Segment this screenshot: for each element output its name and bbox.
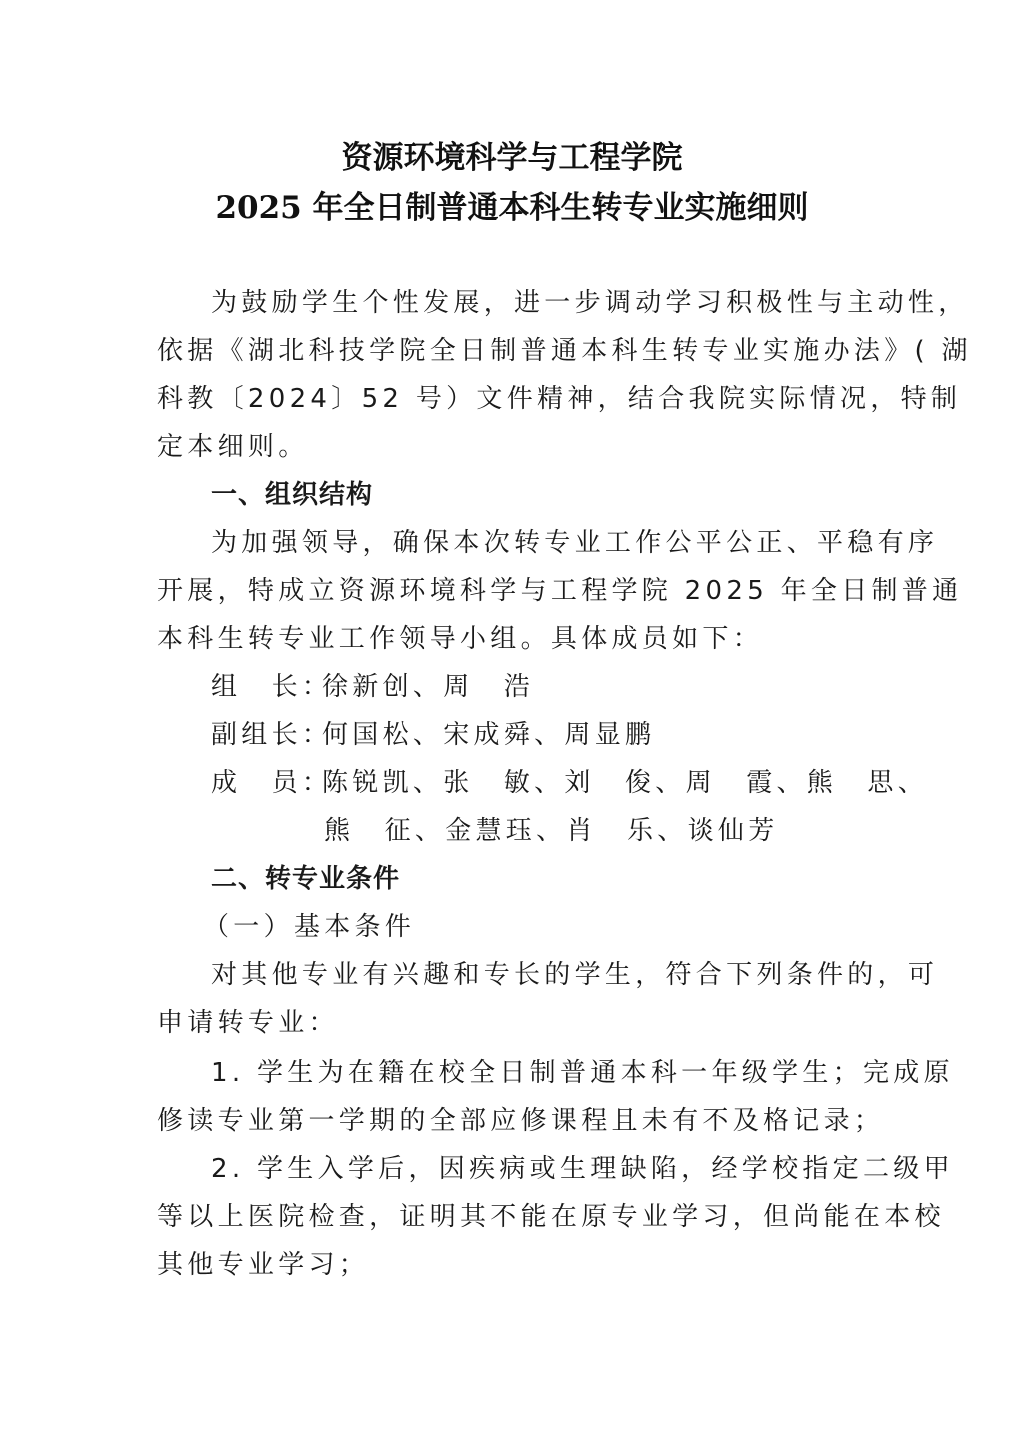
section2-para-line-1: 对其他专业有兴趣和专长的学生，符合下列条件的，可 <box>211 954 931 991</box>
leader-names: 徐新创、周 浩 <box>322 672 534 702</box>
member-names-2: 熊 征、金慧珏、肖 乐、谈仙芳 <box>324 810 1024 847</box>
member-label: 成 员： <box>211 762 322 799</box>
document-title-line1: 资源环境科学与工程学院 <box>0 132 1024 177</box>
intro-line-2: 依据《湖北科技学院全日制普通本科生转专业实施办法》( 湖 <box>157 330 877 367</box>
section1-para-line-2: 开展，特成立资源环境科学与工程学院 2025 年全日制普通 <box>157 570 877 607</box>
document-title-line2: 2025 年全日制普通本科生转专业实施细则 <box>0 182 1024 227</box>
item2-line-1: 2. 学生入学后，因疾病或生理缺陷，经学校指定二级甲 <box>211 1148 931 1185</box>
vice-leader-row: 副组长：何国松、宋成舜、周显鹏 <box>211 714 931 751</box>
section2-para-line-2: 申请转专业： <box>157 1002 877 1039</box>
member-names-1: 陈锐凯、张 敏、刘 俊、周 霞、熊 思、 <box>322 768 928 798</box>
document-page: 资源环境科学与工程学院 2025 年全日制普通本科生转专业实施细则 为鼓励学生个… <box>0 0 1024 1448</box>
section1-para-line-1: 为加强领导，确保本次转专业工作公平公正、平稳有序 <box>211 522 931 559</box>
intro-line-1: 为鼓励学生个性发展，进一步调动学习积极性与主动性， <box>211 282 931 319</box>
leader-row: 组 长：徐新创、周 浩 <box>211 666 931 703</box>
section2-heading: 二、转专业条件 <box>211 858 931 895</box>
item1-line-2: 修读专业第一学期的全部应修课程且未有不及格记录； <box>157 1100 877 1137</box>
vice-leader-names: 何国松、宋成舜、周显鹏 <box>322 720 655 750</box>
item1-line-1: 1. 学生为在籍在校全日制普通本科一年级学生；完成原 <box>211 1052 931 1089</box>
section1-para-line-3: 本科生转专业工作领导小组。具体成员如下： <box>157 618 877 655</box>
leader-label: 组 长： <box>211 666 322 703</box>
intro-line-4: 定本细则。 <box>157 426 877 463</box>
section1-heading: 一、组织结构 <box>211 474 931 511</box>
item2-line-2: 等以上医院检查，证明其不能在原专业学习，但尚能在本校 <box>157 1196 877 1233</box>
intro-line-3: 科教〔2024〕52 号）文件精神，结合我院实际情况，特制 <box>157 378 877 415</box>
member-row: 成 员：陈锐凯、张 敏、刘 俊、周 霞、熊 思、 <box>211 762 931 799</box>
item2-line-3: 其他专业学习； <box>157 1244 877 1281</box>
vice-leader-label: 副组长： <box>211 714 322 751</box>
section2-subheading: （一）基本条件 <box>203 906 923 943</box>
